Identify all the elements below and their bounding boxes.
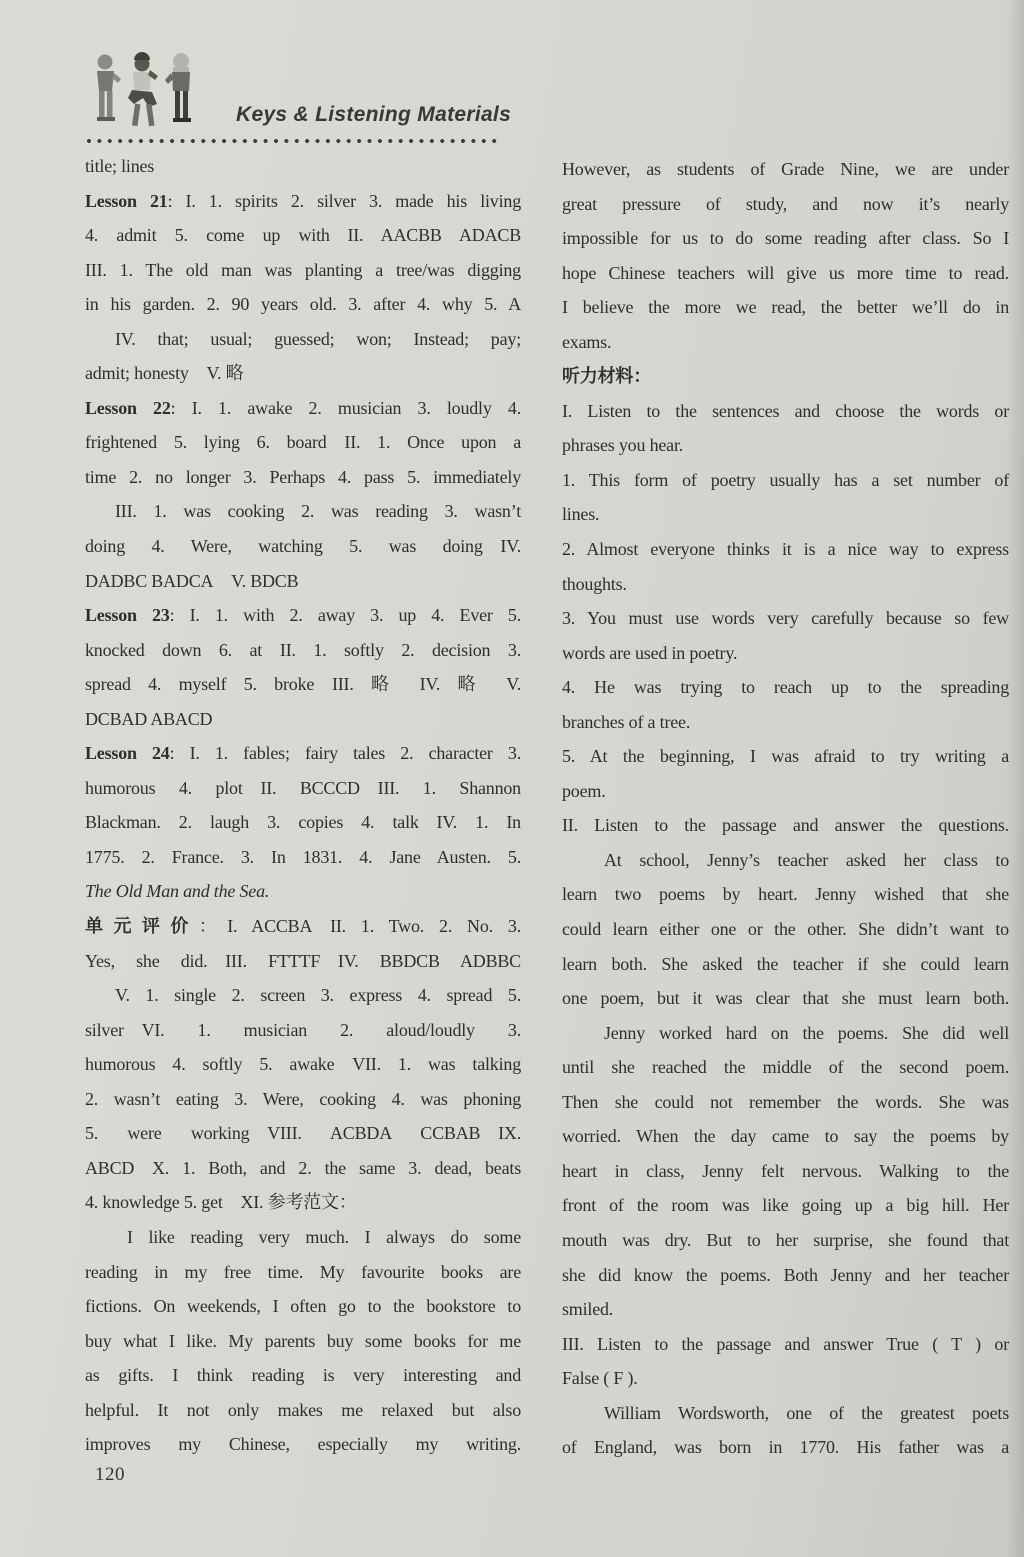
text-line: title; lines <box>85 149 521 184</box>
text-line: smiled. <box>562 1292 1009 1327</box>
text-line: However, as students of Grade Nine, we a… <box>562 152 1009 187</box>
text-line: front of the room was like going up a bi… <box>562 1188 1009 1223</box>
text-line: impossible for us to do some reading aft… <box>562 221 1009 256</box>
text-line: False ( F ). <box>562 1361 1009 1396</box>
text-line: lines. <box>562 497 1009 532</box>
text-line: 4. knowledge 5. get XI. 参考范文： <box>85 1185 521 1220</box>
page-title: Keys & Listening Materials <box>236 103 511 127</box>
text-line: Lesson 22: I. 1. awake 2. musician 3. lo… <box>85 391 521 426</box>
text-line: II. Listen to the passage and answer the… <box>562 808 1009 843</box>
text-line: until she reached the middle of the seco… <box>562 1050 1009 1085</box>
text-line: 3. You must use words very carefully bec… <box>562 601 1009 636</box>
text-line: Lesson 24: I. 1. fables; fairy tales 2. … <box>85 736 521 771</box>
text-line: exams. <box>562 325 1009 360</box>
text-line: buy what I like. My parents buy some boo… <box>85 1324 521 1359</box>
text-line: mouth was dry. But to her surprise, she … <box>562 1223 1009 1258</box>
text-line: DCBAD ABACD <box>85 702 521 737</box>
text-line: humorous 4. softly 5. awake VII. 1. was … <box>85 1047 521 1082</box>
text-line: I like reading very much. I always do so… <box>85 1220 521 1255</box>
text-line: ABCD X. 1. Both, and 2. the same 3. dead… <box>85 1151 521 1186</box>
text-line: Lesson 23: I. 1. with 2. away 3. up 4. E… <box>85 598 521 633</box>
text-line: Lesson 21: I. 1. spirits 2. silver 3. ma… <box>85 184 521 219</box>
book-page: Keys & Listening Materials title; linesL… <box>0 0 1024 1557</box>
text-line: Yes, she did. III. FTTTF IV. BBDCB ADBBC <box>85 944 521 979</box>
text-line: 2. Almost everyone thinks it is a nice w… <box>562 532 1009 567</box>
text-line: branches of a tree. <box>562 705 1009 740</box>
text-line: improves my Chinese, especially my writi… <box>85 1427 521 1462</box>
text-line: At school, Jenny’s teacher asked her cla… <box>562 843 1009 878</box>
text-line: great pressure of study, and now it’s ne… <box>562 187 1009 222</box>
text-line: 5. were working VIII. ACBDA CCBAB IX. <box>85 1116 521 1151</box>
text-line: 1. This form of poetry usually has a set… <box>562 463 1009 498</box>
text-line: 1775. 2. France. 3. In 1831. 4. Jane Aus… <box>85 840 521 875</box>
text-line: silver VI. 1. musician 2. aloud/loudly 3… <box>85 1013 521 1048</box>
text-line: 5. At the beginning, I was afraid to try… <box>562 739 1009 774</box>
text-line: words are used in poetry. <box>562 636 1009 671</box>
text-line: heart in class, Jenny felt nervous. Walk… <box>562 1154 1009 1189</box>
text-line: admit; honesty V. 略 <box>85 356 521 391</box>
text-line: thoughts. <box>562 567 1009 602</box>
text-line: could learn either one or the other. She… <box>562 912 1009 947</box>
text-line: spread 4. myself 5. broke III. 略 IV. 略 V… <box>85 667 521 702</box>
text-line: learn both. She asked the teacher if she… <box>562 947 1009 982</box>
text-line: phrases you hear. <box>562 428 1009 463</box>
left-column: title; linesLesson 21: I. 1. spirits 2. … <box>85 149 521 1462</box>
text-line: III. Listen to the passage and answer Tr… <box>562 1327 1009 1362</box>
text-line: reading in my free time. My favourite bo… <box>85 1255 521 1290</box>
text-line: I. Listen to the sentences and choose th… <box>562 394 1009 429</box>
text-line: time 2. no longer 3. Perhaps 4. pass 5. … <box>85 460 521 495</box>
text-line: helpful. It not only makes me relaxed bu… <box>85 1393 521 1428</box>
text-line: III. 1. was cooking 2. was reading 3. wa… <box>85 494 521 529</box>
children-illustration-icon <box>88 46 206 142</box>
page-number: 120 <box>95 1464 125 1486</box>
text-line: 听力材料： <box>562 359 1009 394</box>
text-line: Blackman. 2. laugh 3. copies 4. talk IV.… <box>85 805 521 840</box>
text-line: 2. wasn’t eating 3. Were, cooking 4. was… <box>85 1082 521 1117</box>
text-line: poem. <box>562 774 1009 809</box>
text-line: frightened 5. lying 6. board II. 1. Once… <box>85 425 521 460</box>
text-line: hope Chinese teachers will give us more … <box>562 256 1009 291</box>
right-column: However, as students of Grade Nine, we a… <box>562 152 1009 1465</box>
text-line: DADBC BADCA V. BDCB <box>85 564 521 599</box>
text-line: William Wordsworth, one of the greatest … <box>562 1396 1009 1431</box>
text-line: worried. When the day came to say the po… <box>562 1119 1009 1154</box>
text-line: fictions. On weekends, I often go to the… <box>85 1289 521 1324</box>
text-line: V. 1. single 2. screen 3. express 4. spr… <box>85 978 521 1013</box>
text-line: in his garden. 2. 90 years old. 3. after… <box>85 287 521 322</box>
text-line: 4. admit 5. come up with II. AACBB ADACB <box>85 218 521 253</box>
text-line: humorous 4. plot II. BCCCD III. 1. Shann… <box>85 771 521 806</box>
text-line: III. 1. The old man was planting a tree/… <box>85 253 521 288</box>
text-line: of England, was born in 1770. His father… <box>562 1430 1009 1465</box>
text-line: knocked down 6. at II. 1. softly 2. deci… <box>85 633 521 668</box>
text-line: Jenny worked hard on the poems. She did … <box>562 1016 1009 1051</box>
text-line: IV. that; usual; guessed; won; Instead; … <box>85 322 521 357</box>
text-line: Then she could not remember the words. S… <box>562 1085 1009 1120</box>
text-line: learn two poems by heart. Jenny wished t… <box>562 877 1009 912</box>
text-line: I believe the more we read, the better w… <box>562 290 1009 325</box>
dotted-divider <box>85 138 499 144</box>
text-line: 单元评价：I. ACCBA II. 1. Two. 2. No. 3. <box>85 909 521 944</box>
text-line: doing 4. Were, watching 5. was doing IV. <box>85 529 521 564</box>
text-line: 4. He was trying to reach up to the spre… <box>562 670 1009 705</box>
text-line: one poem, but it was clear that she must… <box>562 981 1009 1016</box>
text-line: as gifts. I think reading is very intere… <box>85 1358 521 1393</box>
text-line: The Old Man and the Sea. <box>85 874 521 909</box>
text-line: she did know the poems. Both Jenny and h… <box>562 1258 1009 1293</box>
